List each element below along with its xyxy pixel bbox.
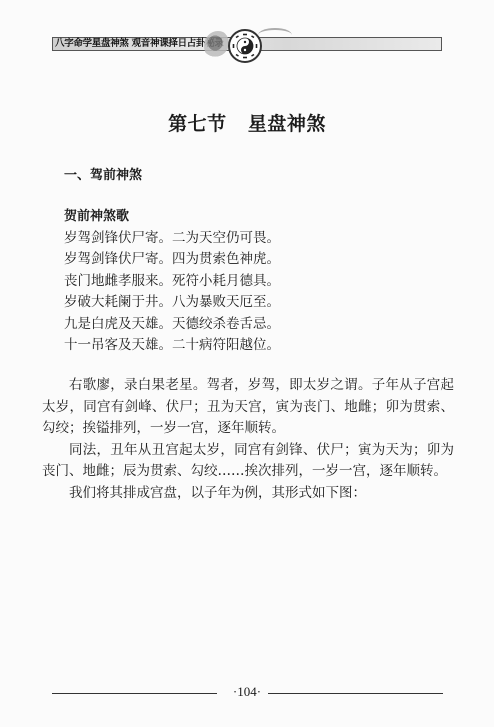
poem-line: 岁驾剑锋伏尸寄。四为贯索色神虎。 bbox=[64, 249, 280, 271]
paragraph: 我们将其排成宫盘，以子年为例，其形式如下图： bbox=[42, 483, 454, 505]
taiji-bagua-icon bbox=[228, 29, 262, 63]
body-text: 右歌廖，录白果老星。驾者，岁驾，即太岁之谓。子年从子宫起太岁，同宫有剑峰、伏尸；… bbox=[42, 375, 454, 504]
running-title: 八字命学星盘神煞 观音神课择日占卦秘录 bbox=[55, 37, 224, 51]
paragraph: 右歌廖，录白果老星。驾者，岁驾，即太岁之谓。子年从子宫起太岁，同宫有剑峰、伏尸；… bbox=[42, 375, 454, 440]
yin-yang-icon bbox=[232, 33, 258, 59]
page-title: 第七节 星盘神煞 bbox=[0, 109, 494, 136]
footer-rule-right bbox=[268, 693, 443, 694]
cloud-ornament-right-icon bbox=[258, 28, 292, 42]
poem-line: 九是白虎及天雄。天德绞杀卷舌忌。 bbox=[64, 314, 280, 336]
page-number: ·104· bbox=[0, 684, 494, 700]
poem-line: 岁驾剑锋伏尸寄。二为天空仍可畏。 bbox=[64, 228, 280, 250]
poem-title: 贺前神煞歌 bbox=[64, 206, 280, 228]
poem-line: 十一吊客及天雄。二十病符阳越位。 bbox=[64, 335, 280, 357]
poem-block: 贺前神煞歌 岁驾剑锋伏尸寄。二为天空仍可畏。 岁驾剑锋伏尸寄。四为贯索色神虎。 … bbox=[64, 206, 280, 357]
paragraph: 同法，丑年从丑宫起太岁，同宫有剑锋、伏尸；寅为天为；卯为丧门、地雌；辰为贯索、勾… bbox=[42, 440, 454, 483]
section-heading: 一、驾前神煞 bbox=[64, 164, 142, 183]
poem-line: 岁破大耗阑于井。八为暴败天厄至。 bbox=[64, 292, 280, 314]
poem-line: 丧门地雌孝服来。死符小耗月德具。 bbox=[64, 271, 280, 293]
